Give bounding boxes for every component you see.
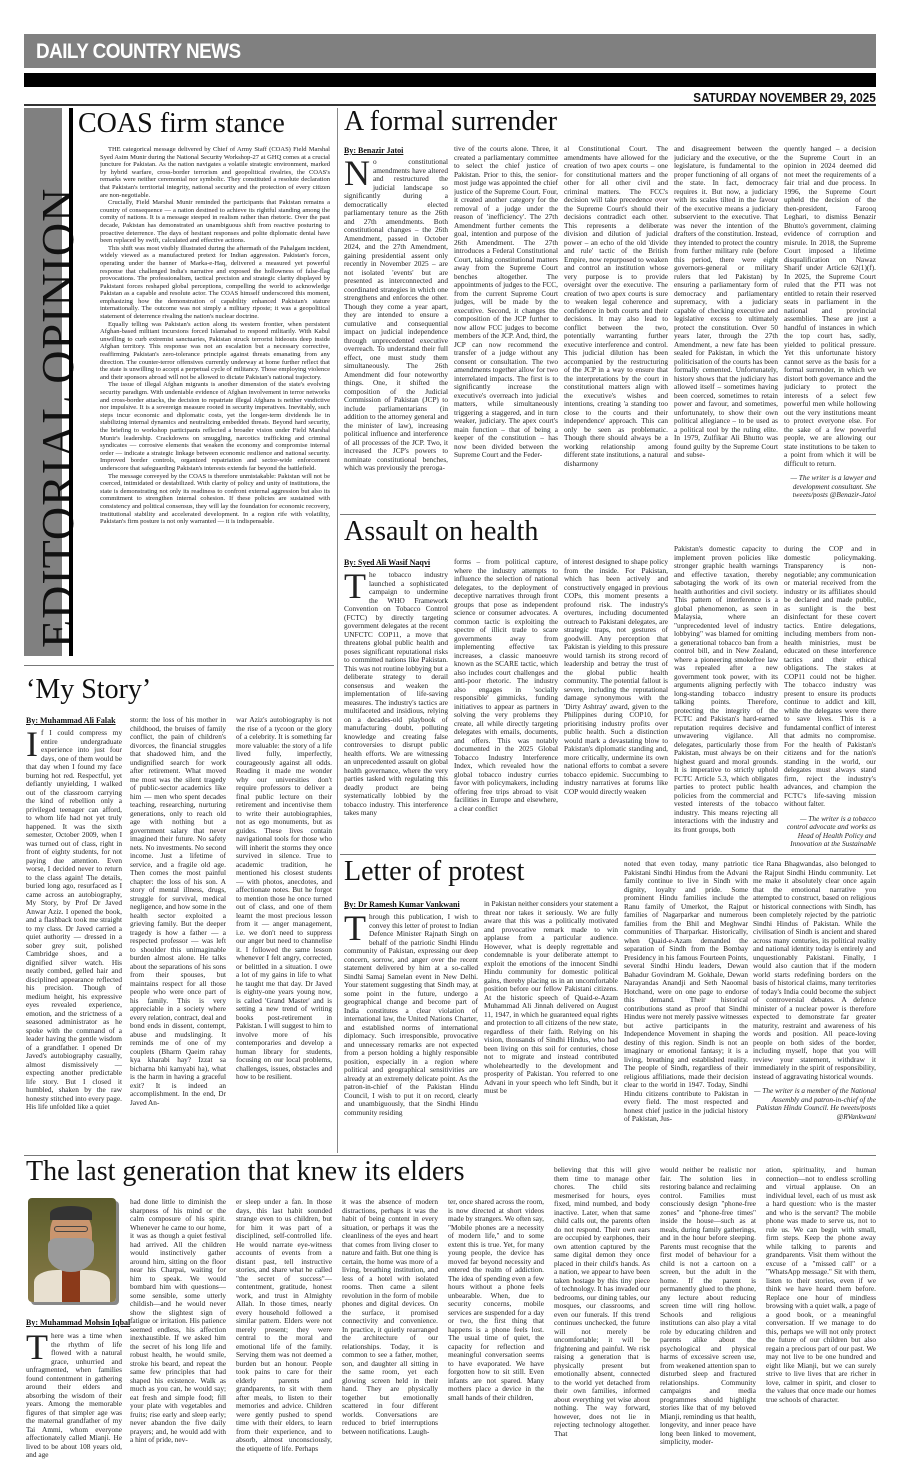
surrender-col-4: and disagreement between the judiciary a… xyxy=(674,145,778,508)
masthead-black-bar xyxy=(24,73,876,87)
paragraph: Crucially, Field Marshal Munir reminded … xyxy=(100,199,330,245)
column-text: would neither be realistic nor fair. The… xyxy=(660,1166,756,1446)
headline-elders: The last generation that knew its elders xyxy=(26,1158,465,1186)
paragraph: This shift was most visibly illustrated … xyxy=(100,245,330,321)
column-text: al Constitutional Court. The amendments … xyxy=(564,145,668,468)
elders-col-1: There was a time when the rhythm of life… xyxy=(26,1332,122,1472)
elders-col-8: ation, spirituality, and human connectio… xyxy=(766,1166,876,1472)
column-text: o constitutional amendments have altered… xyxy=(344,158,448,472)
protest-col-1: Through this publication, I wish to conv… xyxy=(344,913,478,1151)
elders-col-4: it was the absence of modern distraction… xyxy=(342,1198,438,1472)
health-col-2: forms – from political capture, where th… xyxy=(454,558,558,849)
paragraph: The issue of illegal Afghan migrants is … xyxy=(100,381,330,472)
author-credit: — The writer is a tobacco control advoca… xyxy=(784,815,876,850)
section-vertical-bar xyxy=(69,108,73,656)
headline-coas: COAS firm stance xyxy=(78,110,285,138)
byline-surrender: By: Benazir Jatoi xyxy=(344,146,403,155)
column-text: tive of the courts alone. Three, it crea… xyxy=(454,145,558,459)
dropcap: N xyxy=(344,159,370,187)
section-rule xyxy=(340,514,876,515)
mystory-col-1: If I could compress my entire undergradu… xyxy=(26,729,122,1149)
column-text: during the COP and in domestic policymak… xyxy=(784,545,876,808)
headline-mystory: ‘My Story’ xyxy=(26,676,151,704)
column-text: storm: the loss of his mother in childho… xyxy=(130,716,226,1107)
author-credit: — The writer is a lawyer and development… xyxy=(784,474,876,500)
column-text: war Aziz's autobiography is not the rise… xyxy=(236,716,332,1081)
column-divider xyxy=(337,108,338,1153)
health-col-4: Pakistan's domestic capacity to implemen… xyxy=(674,545,778,849)
dropcap: T xyxy=(344,914,366,942)
dropcap: I xyxy=(26,730,38,758)
byline-mystory: By: Muhammad Ali Falak xyxy=(26,716,116,725)
protest-col-2: in Pakistan neither considers your state… xyxy=(484,900,618,1151)
column-text: ter, once shared across the room, is now… xyxy=(448,1198,544,1402)
column-text: forms – from political capture, where th… xyxy=(454,558,558,813)
column-text: it was the absence of modern distraction… xyxy=(342,1198,438,1436)
newspaper-title: DAILY COUNTRY NEWS xyxy=(36,40,241,64)
paragraph: THE categorical message delivered by Chi… xyxy=(100,146,330,199)
column-text: noted that even today, many patriotic Pa… xyxy=(624,860,748,1123)
column-text: f I could compress my entire undergradua… xyxy=(26,729,122,1111)
surrender-col-3: al Constitutional Court. The amendments … xyxy=(564,145,668,508)
column-text: quently hanged – a decision the Supreme … xyxy=(784,145,876,468)
elders-col-2: had done little to diminish the sharpnes… xyxy=(130,1198,226,1472)
protest-col-3: noted that even today, many patriotic Pa… xyxy=(624,860,748,1151)
column-text: believing that this will give them time … xyxy=(554,1166,650,1438)
column-text: he tobacco industry launched a sophistic… xyxy=(344,571,448,817)
column-text: tice Rana Bhagwandas, also belonged to t… xyxy=(753,860,876,1081)
surrender-col-5: quently hanged – a decision the Supreme … xyxy=(784,145,876,508)
headline-protest: Letter of protest xyxy=(344,858,524,886)
mystory-col-2: storm: the loss of his mother in childho… xyxy=(130,716,226,1149)
elders-col-3: er sleep under a fan. In those days, thi… xyxy=(236,1198,332,1472)
byline-elders: By: Muhammad Mohsin Iqbal xyxy=(26,1318,130,1327)
article-coas-body: THE categorical message delivered by Chi… xyxy=(100,146,330,656)
elders-col-6: believing that this will give them time … xyxy=(554,1166,650,1472)
mystory-col-3: war Aziz's autobiography is not the rise… xyxy=(236,716,332,1149)
column-text: in Pakistan neither considers your state… xyxy=(484,900,618,1095)
surrender-col-1: No constitutional amendments have altere… xyxy=(344,158,448,508)
byline-protest: By: Dr Ramesh Kumar Vankwani xyxy=(344,900,460,909)
paragraph: Equally telling was Pakistan's action al… xyxy=(100,321,330,382)
author-credit: — The writer is a member of the National… xyxy=(753,1087,876,1121)
elders-col-5: ter, once shared across the room, is now… xyxy=(448,1198,544,1472)
column-text: of interest designed to shape policy fro… xyxy=(564,558,668,796)
protest-col-4: tice Rana Bhagwandas, also belonged to t… xyxy=(753,860,876,1151)
surrender-col-2: tive of the courts alone. Three, it crea… xyxy=(454,145,558,508)
dropcap: T xyxy=(26,1333,48,1361)
column-text: er sleep under a fan. In those days, thi… xyxy=(236,1198,332,1453)
elders-col-7: would neither be realistic nor fair. The… xyxy=(660,1166,756,1472)
headline-health: Assault on health xyxy=(344,518,538,546)
column-text: Pakistan's domestic capacity to implemen… xyxy=(674,545,778,834)
section-rule xyxy=(340,854,876,855)
paragraph: The message conveyed by the COAS is ther… xyxy=(100,473,330,526)
section-rule xyxy=(24,665,334,666)
column-text: ation, spirituality, and human connectio… xyxy=(766,1166,876,1404)
section-label: EDITORIAL OPINION xyxy=(31,188,84,648)
author-photo xyxy=(28,1198,116,1302)
dropcap: T xyxy=(344,572,366,600)
byline-health: By: Syed Ali Wasif Naqvi xyxy=(344,558,430,567)
health-col-1: The tobacco industry launched a sophisti… xyxy=(344,571,448,849)
health-col-3: of interest designed to shape policy fro… xyxy=(564,558,668,849)
health-col-5: during the COP and in domestic policymak… xyxy=(784,545,876,849)
column-text: and disagreement between the judiciary a… xyxy=(674,145,778,459)
masthead-banner: DAILY COUNTRY NEWS xyxy=(24,34,876,68)
column-text: had done little to diminish the sharpnes… xyxy=(130,1198,226,1444)
dateline: SATURDAY NOVEMBER 29, 2025 xyxy=(693,90,876,105)
headline-surrender: A formal surrender xyxy=(344,108,557,136)
